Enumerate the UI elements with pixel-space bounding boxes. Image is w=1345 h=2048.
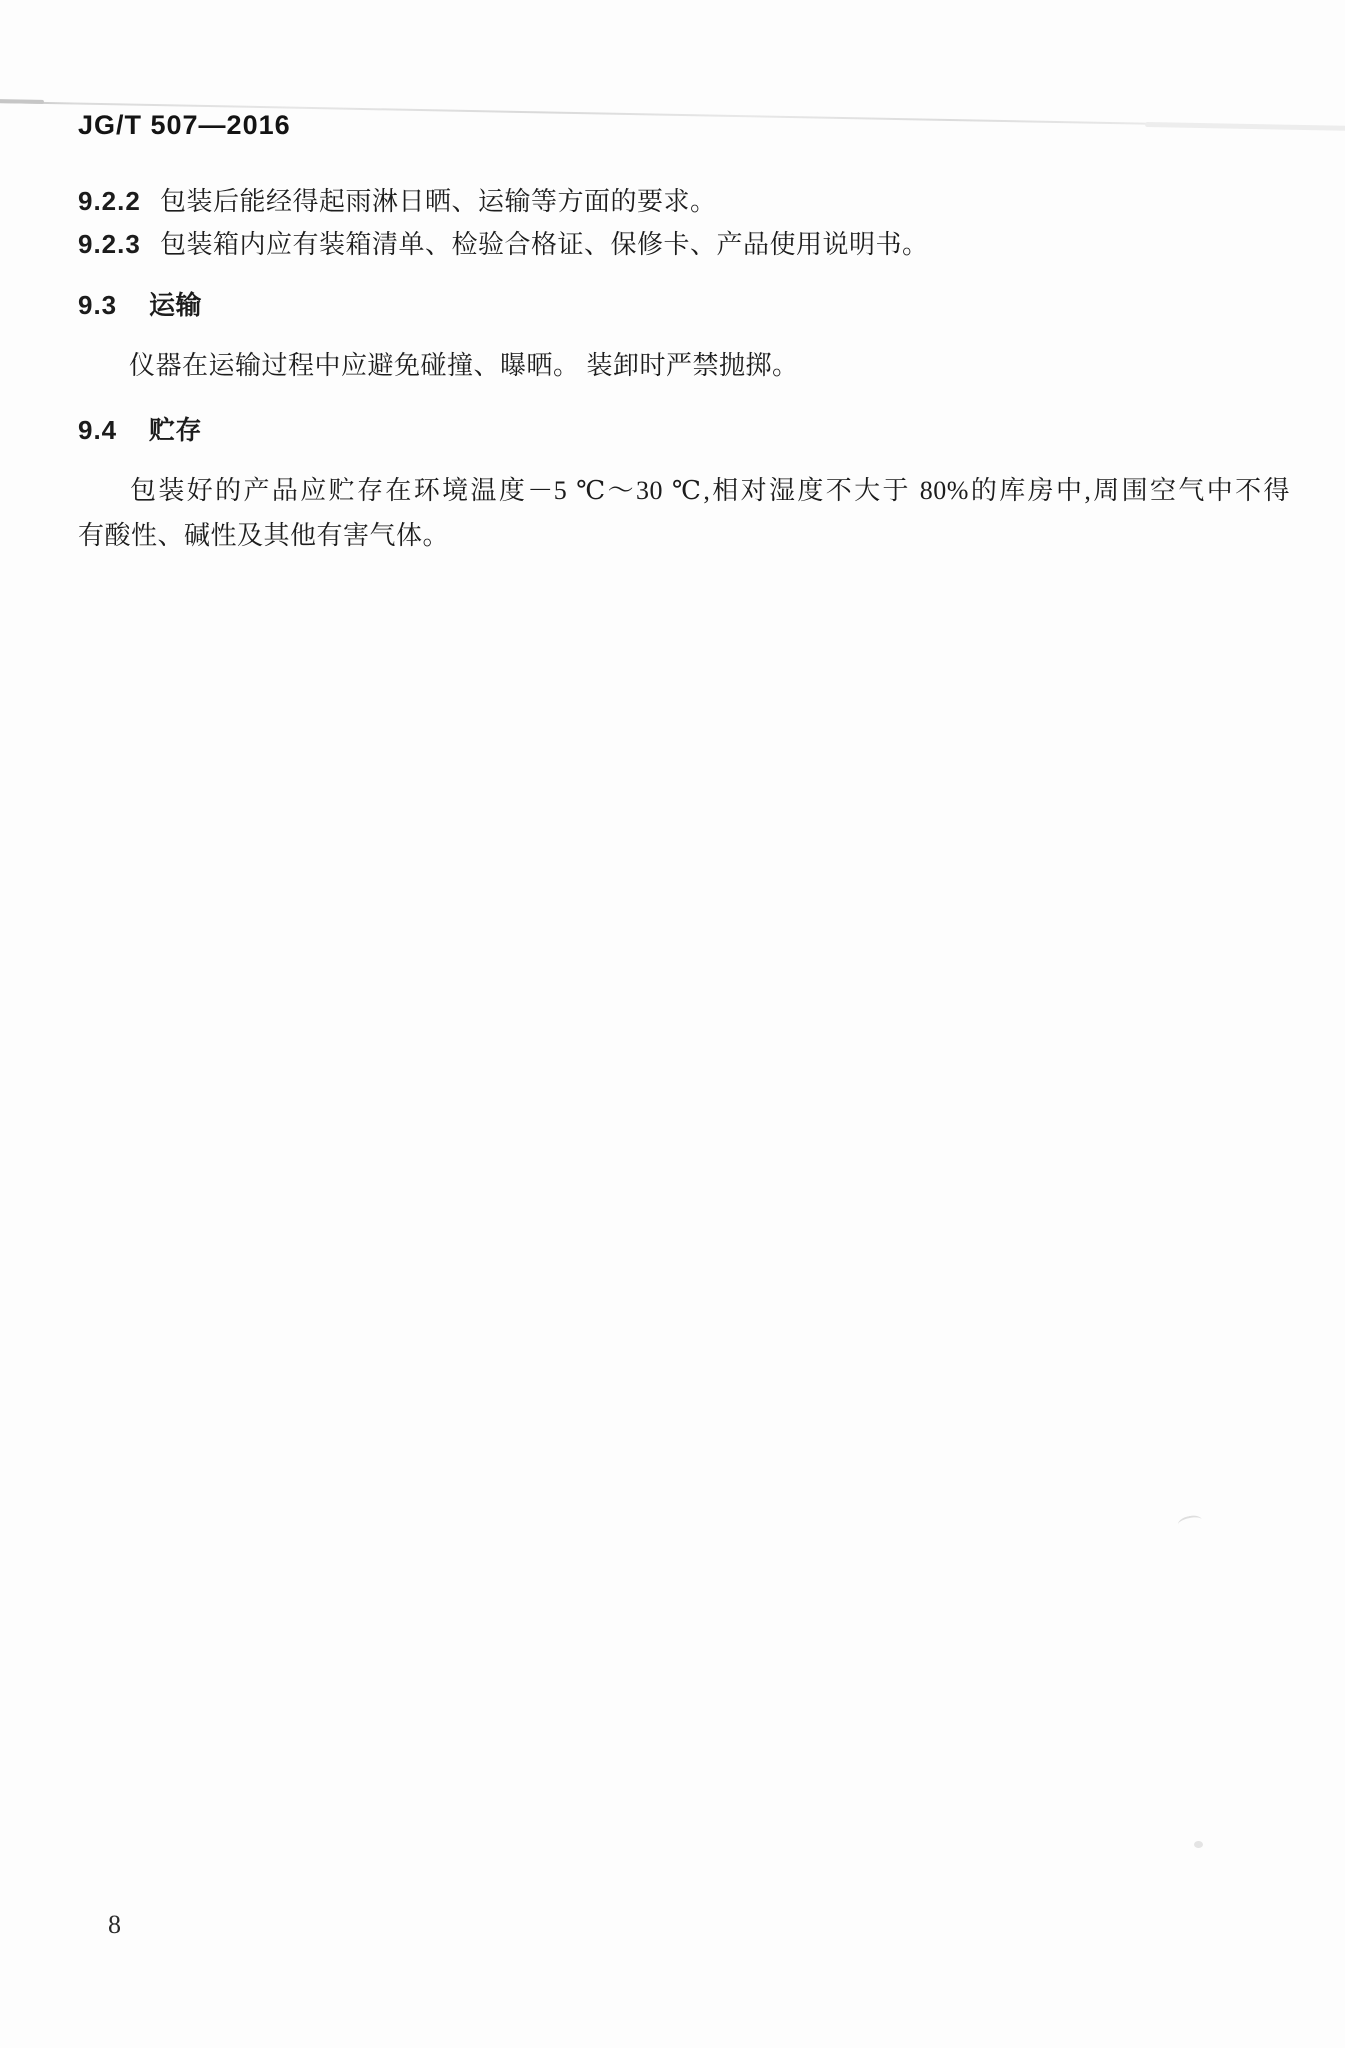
scan-speck-artifact: [1194, 1841, 1203, 1848]
scanned-document-page: JG/T 507—2016 9.2.2包装后能经得起雨淋日晒、运输等方面的要求。…: [0, 0, 1345, 2048]
section-9-4-body-line-1: 包装好的产品应贮存在环境温度－5 ℃～30 ℃,相对湿度不大于 80%的库房中,…: [78, 475, 1290, 507]
clause-number: 9.2.3: [78, 229, 160, 259]
page-number: 8: [108, 1910, 121, 1940]
clause-9-2-3: 9.2.3包装箱内应有装箱清单、检验合格证、保修卡、产品使用说明书。: [78, 229, 929, 260]
section-number: 9.3: [78, 290, 149, 320]
section-title: 贮存: [149, 415, 202, 445]
clause-text: 包装箱内应有装箱清单、检验合格证、保修卡、产品使用说明书。: [160, 230, 929, 259]
scan-edge-left-artifact: [0, 99, 44, 104]
scan-edge-right-artifact: [1145, 122, 1345, 131]
section-heading-9-3: 9.3运输: [78, 290, 202, 321]
standard-number-header: JG/T 507—2016: [78, 110, 291, 141]
clause-9-2-2: 9.2.2包装后能经得起雨淋日晒、运输等方面的要求。: [78, 186, 717, 217]
clause-text: 包装后能经得起雨淋日晒、运输等方面的要求。: [160, 187, 717, 216]
section-number: 9.4: [78, 415, 149, 445]
scan-speck-artifact: [1177, 1514, 1203, 1531]
section-9-4-body-line-2: 有酸性、碱性及其他有害气体。: [78, 520, 449, 552]
clause-number: 9.2.2: [78, 186, 160, 216]
section-heading-9-4: 9.4贮存: [78, 415, 202, 446]
section-title: 运输: [149, 290, 202, 320]
section-9-3-body: 仪器在运输过程中应避免碰撞、曝晒。 装卸时严禁抛掷。: [129, 351, 799, 381]
